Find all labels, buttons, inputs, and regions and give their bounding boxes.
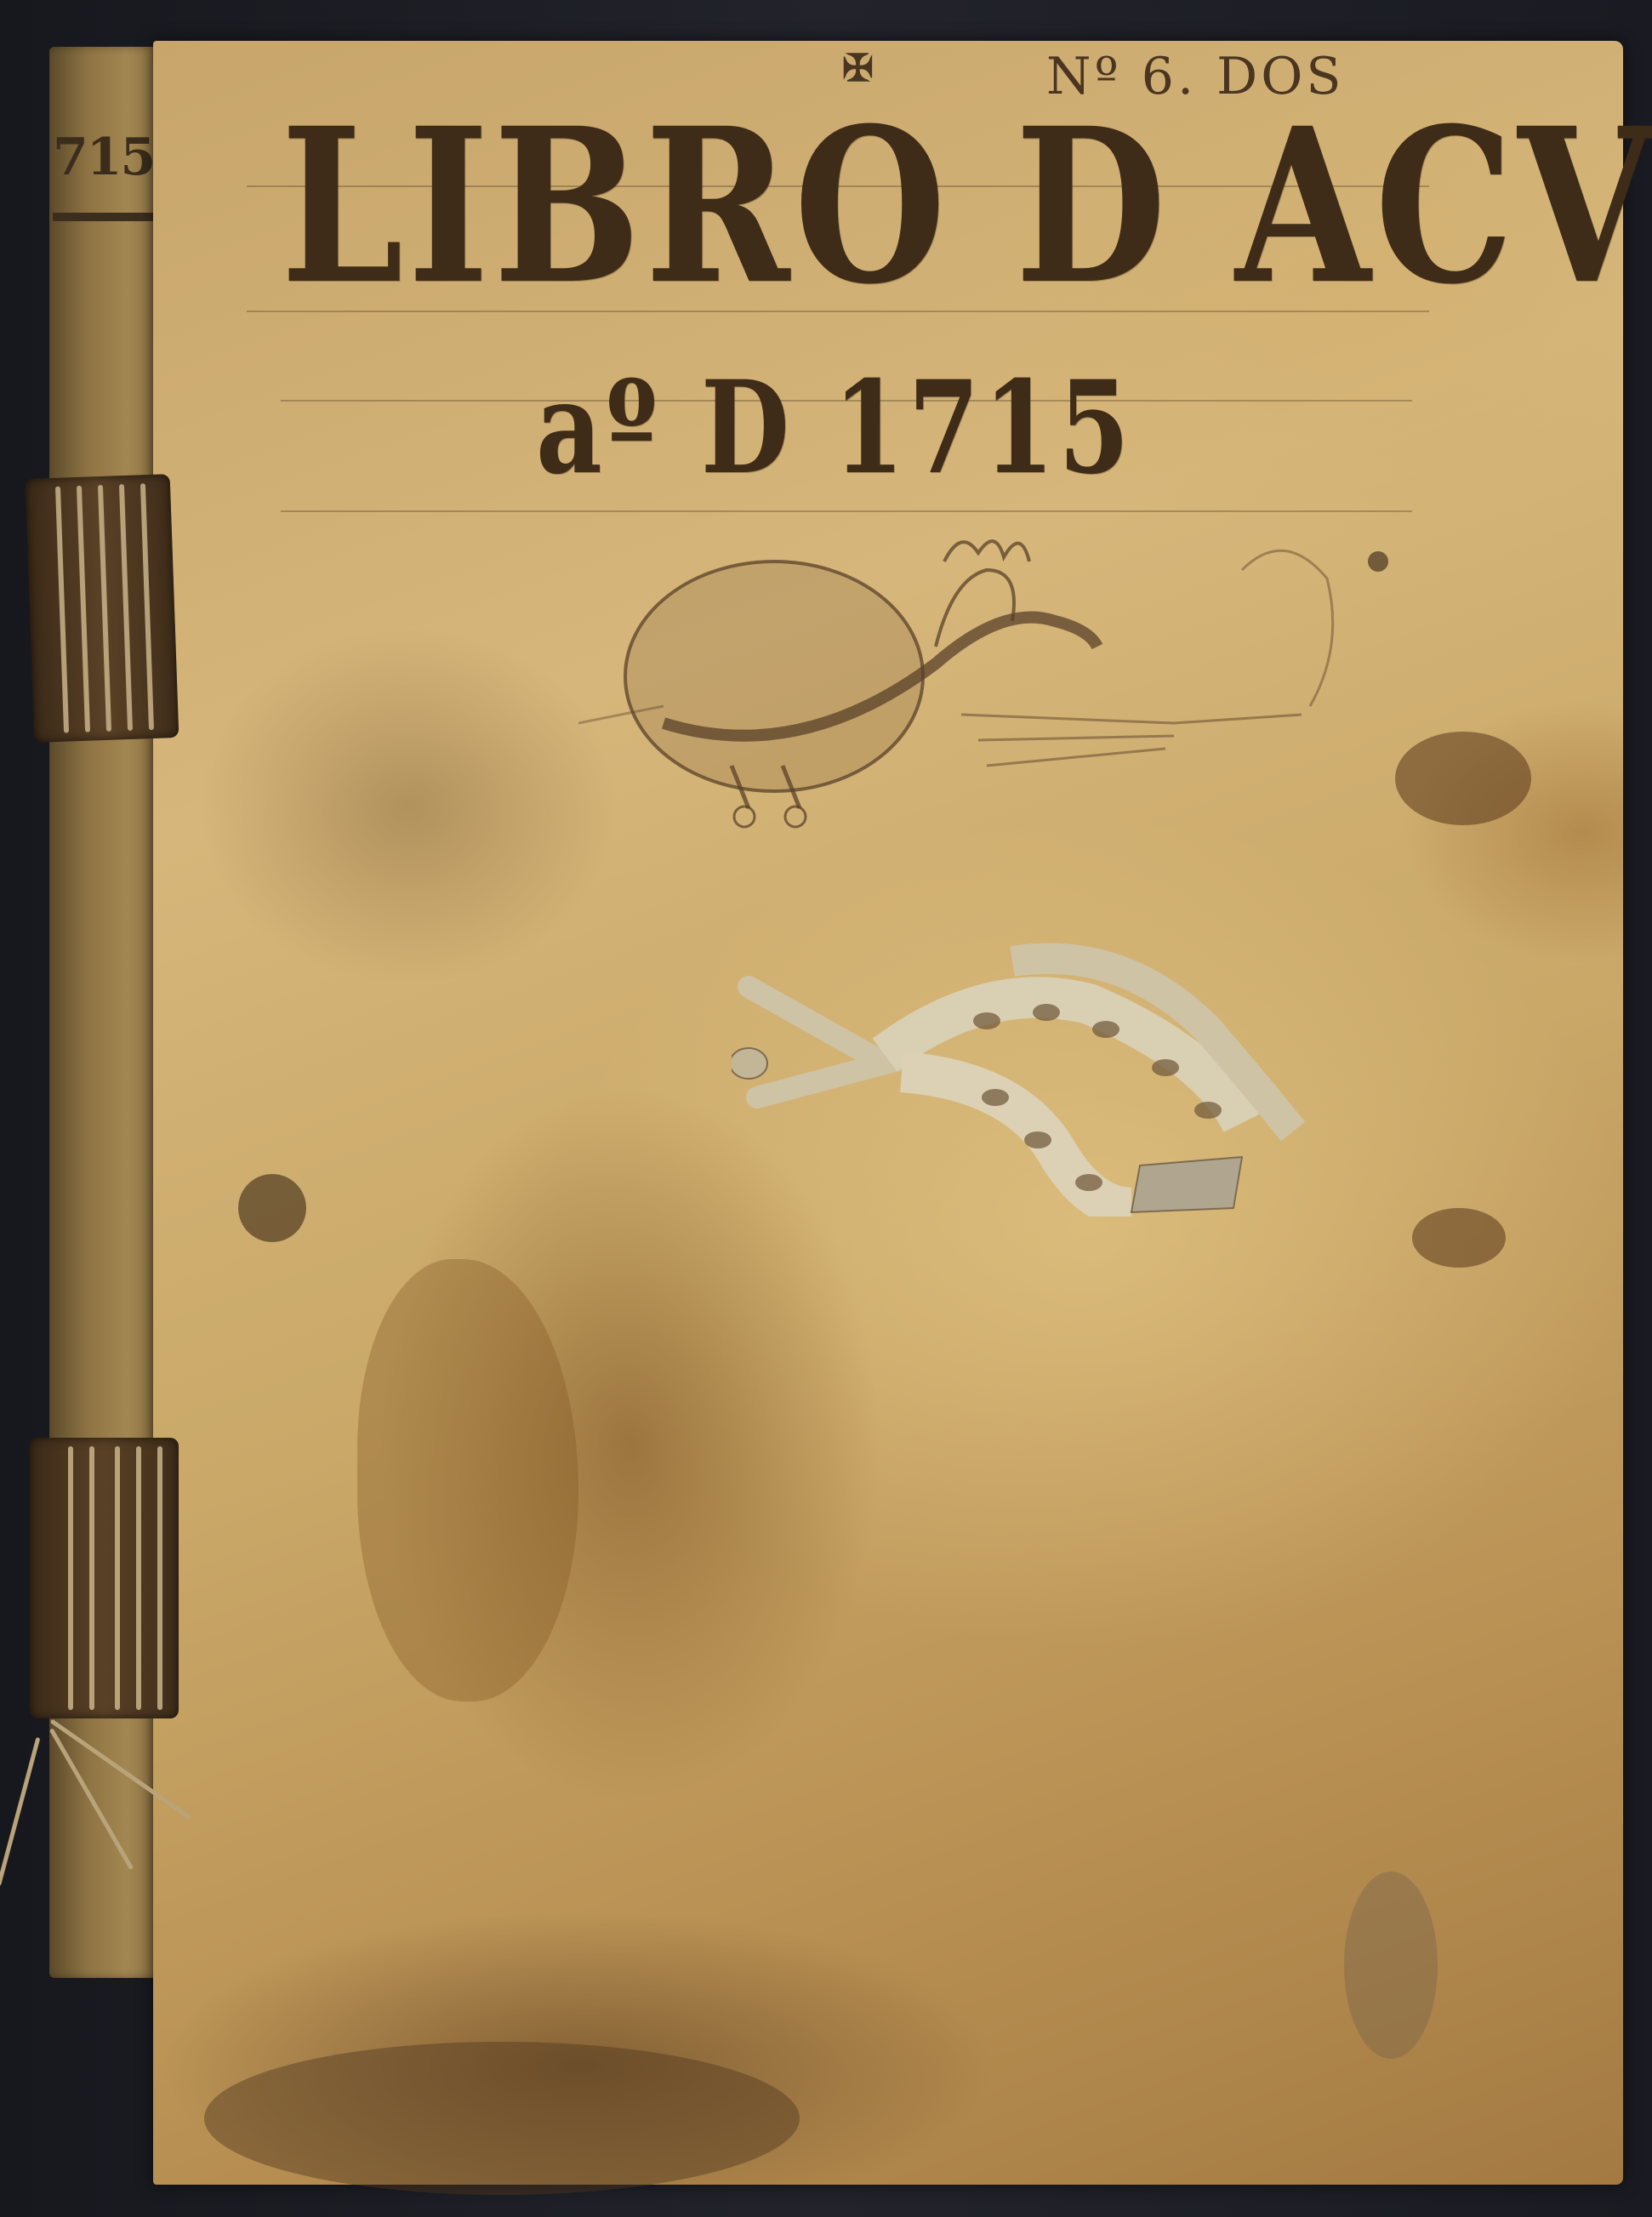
bird-drawing-icon bbox=[578, 510, 1429, 834]
cord bbox=[157, 1446, 162, 1710]
cover-year: aº D 1715 bbox=[536, 353, 1134, 503]
cord bbox=[136, 1446, 141, 1710]
stain bbox=[204, 2042, 800, 2195]
cord bbox=[140, 483, 154, 730]
cord bbox=[89, 1446, 94, 1710]
stain bbox=[1344, 1872, 1438, 2059]
cord bbox=[98, 485, 111, 732]
cord bbox=[68, 1446, 73, 1710]
cord bbox=[77, 486, 90, 732]
upper-clasp bbox=[26, 474, 179, 743]
spine-rule bbox=[53, 213, 155, 221]
cover-title: LIBRO D ACVR bbox=[281, 81, 1652, 331]
ribbon-tie-icon bbox=[732, 927, 1378, 1217]
cord bbox=[55, 487, 69, 733]
stain bbox=[1395, 732, 1531, 825]
stain bbox=[1412, 1208, 1506, 1268]
stain bbox=[238, 1174, 306, 1242]
lower-clasp bbox=[30, 1438, 179, 1718]
cord bbox=[115, 1446, 120, 1710]
spine-label: 715 bbox=[53, 128, 155, 187]
cord bbox=[119, 484, 133, 731]
